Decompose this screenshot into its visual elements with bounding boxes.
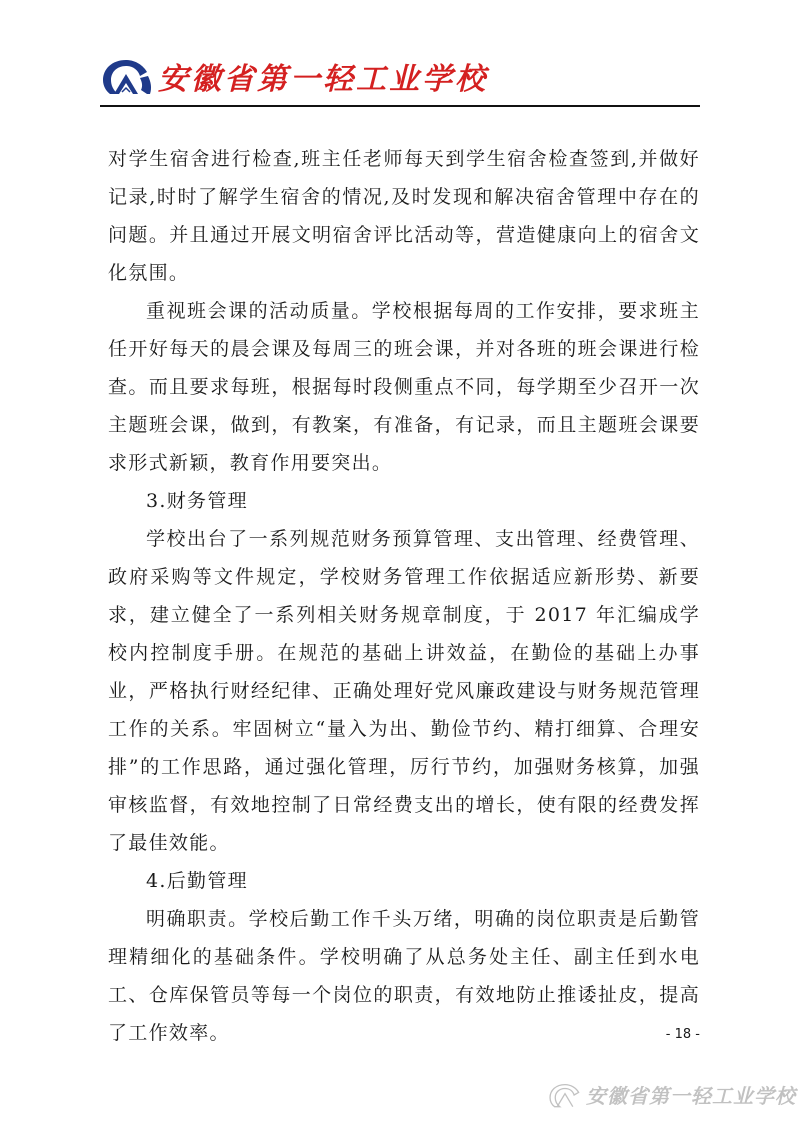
section-heading-finance: 3.财务管理 bbox=[108, 482, 700, 520]
watermark-text: 安徽省第一轻工业学校 bbox=[586, 1080, 796, 1109]
document-body: 对学生宿舍进行检查,班主任老师每天到学生宿舍检查签到,并做好记录,时时了解学生宿… bbox=[108, 140, 700, 1052]
section-heading-logistics: 4.后勤管理 bbox=[108, 862, 700, 900]
footer-watermark: 安徽省第一轻工业学校 bbox=[548, 1080, 796, 1109]
header-divider bbox=[100, 105, 700, 107]
school-name: 安徽省第一轻工业学校 bbox=[158, 54, 488, 98]
paragraph-logistics: 明确职责。学校后勤工作千头万绪，明确的岗位职责是后勤管理精细化的基础条件。学校明… bbox=[108, 900, 700, 1052]
paragraph-continuation: 对学生宿舍进行检查,班主任老师每天到学生宿舍检查签到,并做好记录,时时了解学生宿… bbox=[108, 140, 700, 292]
document-header: 安徽省第一轻工业学校 bbox=[100, 52, 488, 100]
paragraph-class-meeting: 重视班会课的活动质量。学校根据每周的工作安排，要求班主任开好每天的晨会课及每周三… bbox=[108, 292, 700, 482]
paragraph-finance: 学校出台了一系列规范财务预算管理、支出管理、经费管理、政府采购等文件规定，学校财… bbox=[108, 520, 700, 862]
school-logo-icon bbox=[100, 56, 152, 96]
watermark-logo-icon bbox=[548, 1082, 582, 1108]
page-number: - 18 - bbox=[666, 1027, 700, 1042]
